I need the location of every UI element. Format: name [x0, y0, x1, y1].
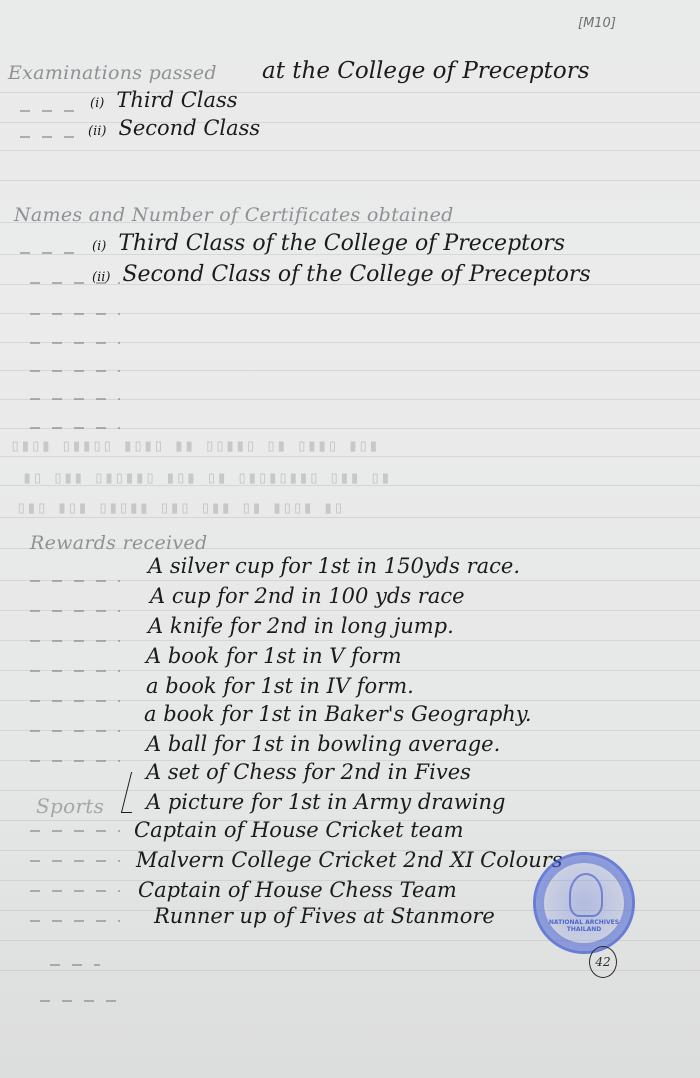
certificate-item: (ii)Second Class of the College of Prece… — [92, 262, 591, 287]
ruled-line — [0, 180, 700, 181]
examination-item: (i)Third Class — [90, 88, 238, 112]
ruled-line — [0, 150, 700, 151]
reward-item: Runner up of Fives at Stanmore — [154, 904, 495, 928]
reward-item: a book for 1st in Baker's Geography. — [144, 702, 532, 726]
reward-item: A knife for 2nd in long jump. — [148, 614, 454, 638]
archive-reference: [M10] — [578, 16, 616, 31]
bleed-through-text: ▮▯▮ ▯▮▮▯ ▮▯ ▯▮▮▯▯ ▮▮ ▯▮▯▮ ▯▯▮▮▯ ▮▯▮▯ — [10, 436, 378, 456]
examinations-label: Examinations passed — [8, 62, 217, 84]
archive-stamp: NATIONAL ARCHIVES THAILAND — [533, 852, 635, 954]
bleed-through-text: ▯▮ ▮▯▯▮ ▮▯ ▮▮▯ ▯▮▯ ▮▮▯▮▯ ▮▯▮ ▯▮▯ — [16, 498, 344, 518]
reward-item: Captain of House Cricket team — [134, 818, 464, 842]
leader-dashes — [30, 370, 120, 372]
leader-dashes — [30, 730, 120, 732]
leader-dashes — [20, 252, 80, 254]
leader-dashes — [30, 610, 120, 612]
leader-dashes — [30, 700, 120, 702]
certificate-item: (i)Third Class of the College of Precept… — [92, 231, 565, 256]
reward-item: A book for 1st in V form — [146, 644, 401, 668]
folio-number: 42 — [589, 946, 617, 978]
stamp-label: NATIONAL ARCHIVES THAILAND — [536, 919, 632, 933]
document-page: [M10] Examinations passed at the College… — [0, 0, 700, 1078]
leader-dashes — [30, 342, 120, 344]
leader-dashes — [30, 920, 120, 922]
leader-dashes — [20, 110, 80, 112]
leader-dashes — [30, 670, 120, 672]
leader-dashes — [30, 580, 120, 582]
leader-dashes — [30, 860, 120, 862]
leader-dashes — [30, 830, 120, 832]
leader-dashes — [30, 427, 120, 429]
leader-dashes — [30, 760, 120, 762]
examinations-value: at the College of Preceptors — [262, 58, 590, 84]
reward-item: a book for 1st in IV form. — [146, 674, 414, 698]
reward-item: Captain of House Chess Team — [138, 878, 457, 902]
leader-dashes — [50, 964, 100, 966]
sports-label: Sports — [36, 794, 104, 818]
rewards-label: Rewards received — [30, 532, 207, 554]
examination-item: (ii)Second Class — [88, 116, 260, 140]
reward-item: A silver cup for 1st in 150yds race. — [148, 554, 520, 578]
leader-dashes — [20, 136, 80, 138]
leader-dashes — [40, 1000, 120, 1002]
sports-brace — [121, 772, 142, 813]
leader-dashes — [30, 313, 120, 315]
leader-dashes — [30, 398, 120, 400]
reward-item: A picture for 1st in Army drawing — [146, 790, 505, 814]
leader-dashes — [30, 640, 120, 642]
stamp-emblem-icon — [569, 873, 603, 917]
reward-item: A cup for 2nd in 100 yds race — [150, 584, 465, 608]
ruled-line — [0, 456, 700, 457]
certificates-label: Names and Number of Certificates obtaine… — [14, 204, 454, 226]
reward-item: A set of Chess for 2nd in Fives — [146, 760, 471, 784]
reward-item: A ball for 1st in bowling average. — [146, 732, 500, 756]
leader-dashes — [30, 890, 120, 892]
bleed-through-text: ▮▯ ▮▮▯ ▯▮▮▯▮▯▮▯ ▮▯ ▮▯▮ ▯▮▮▯▮▯ ▮▮▯ ▯▮ — [22, 468, 390, 488]
reward-item: Malvern College Cricket 2nd XI Colours — [136, 848, 563, 872]
